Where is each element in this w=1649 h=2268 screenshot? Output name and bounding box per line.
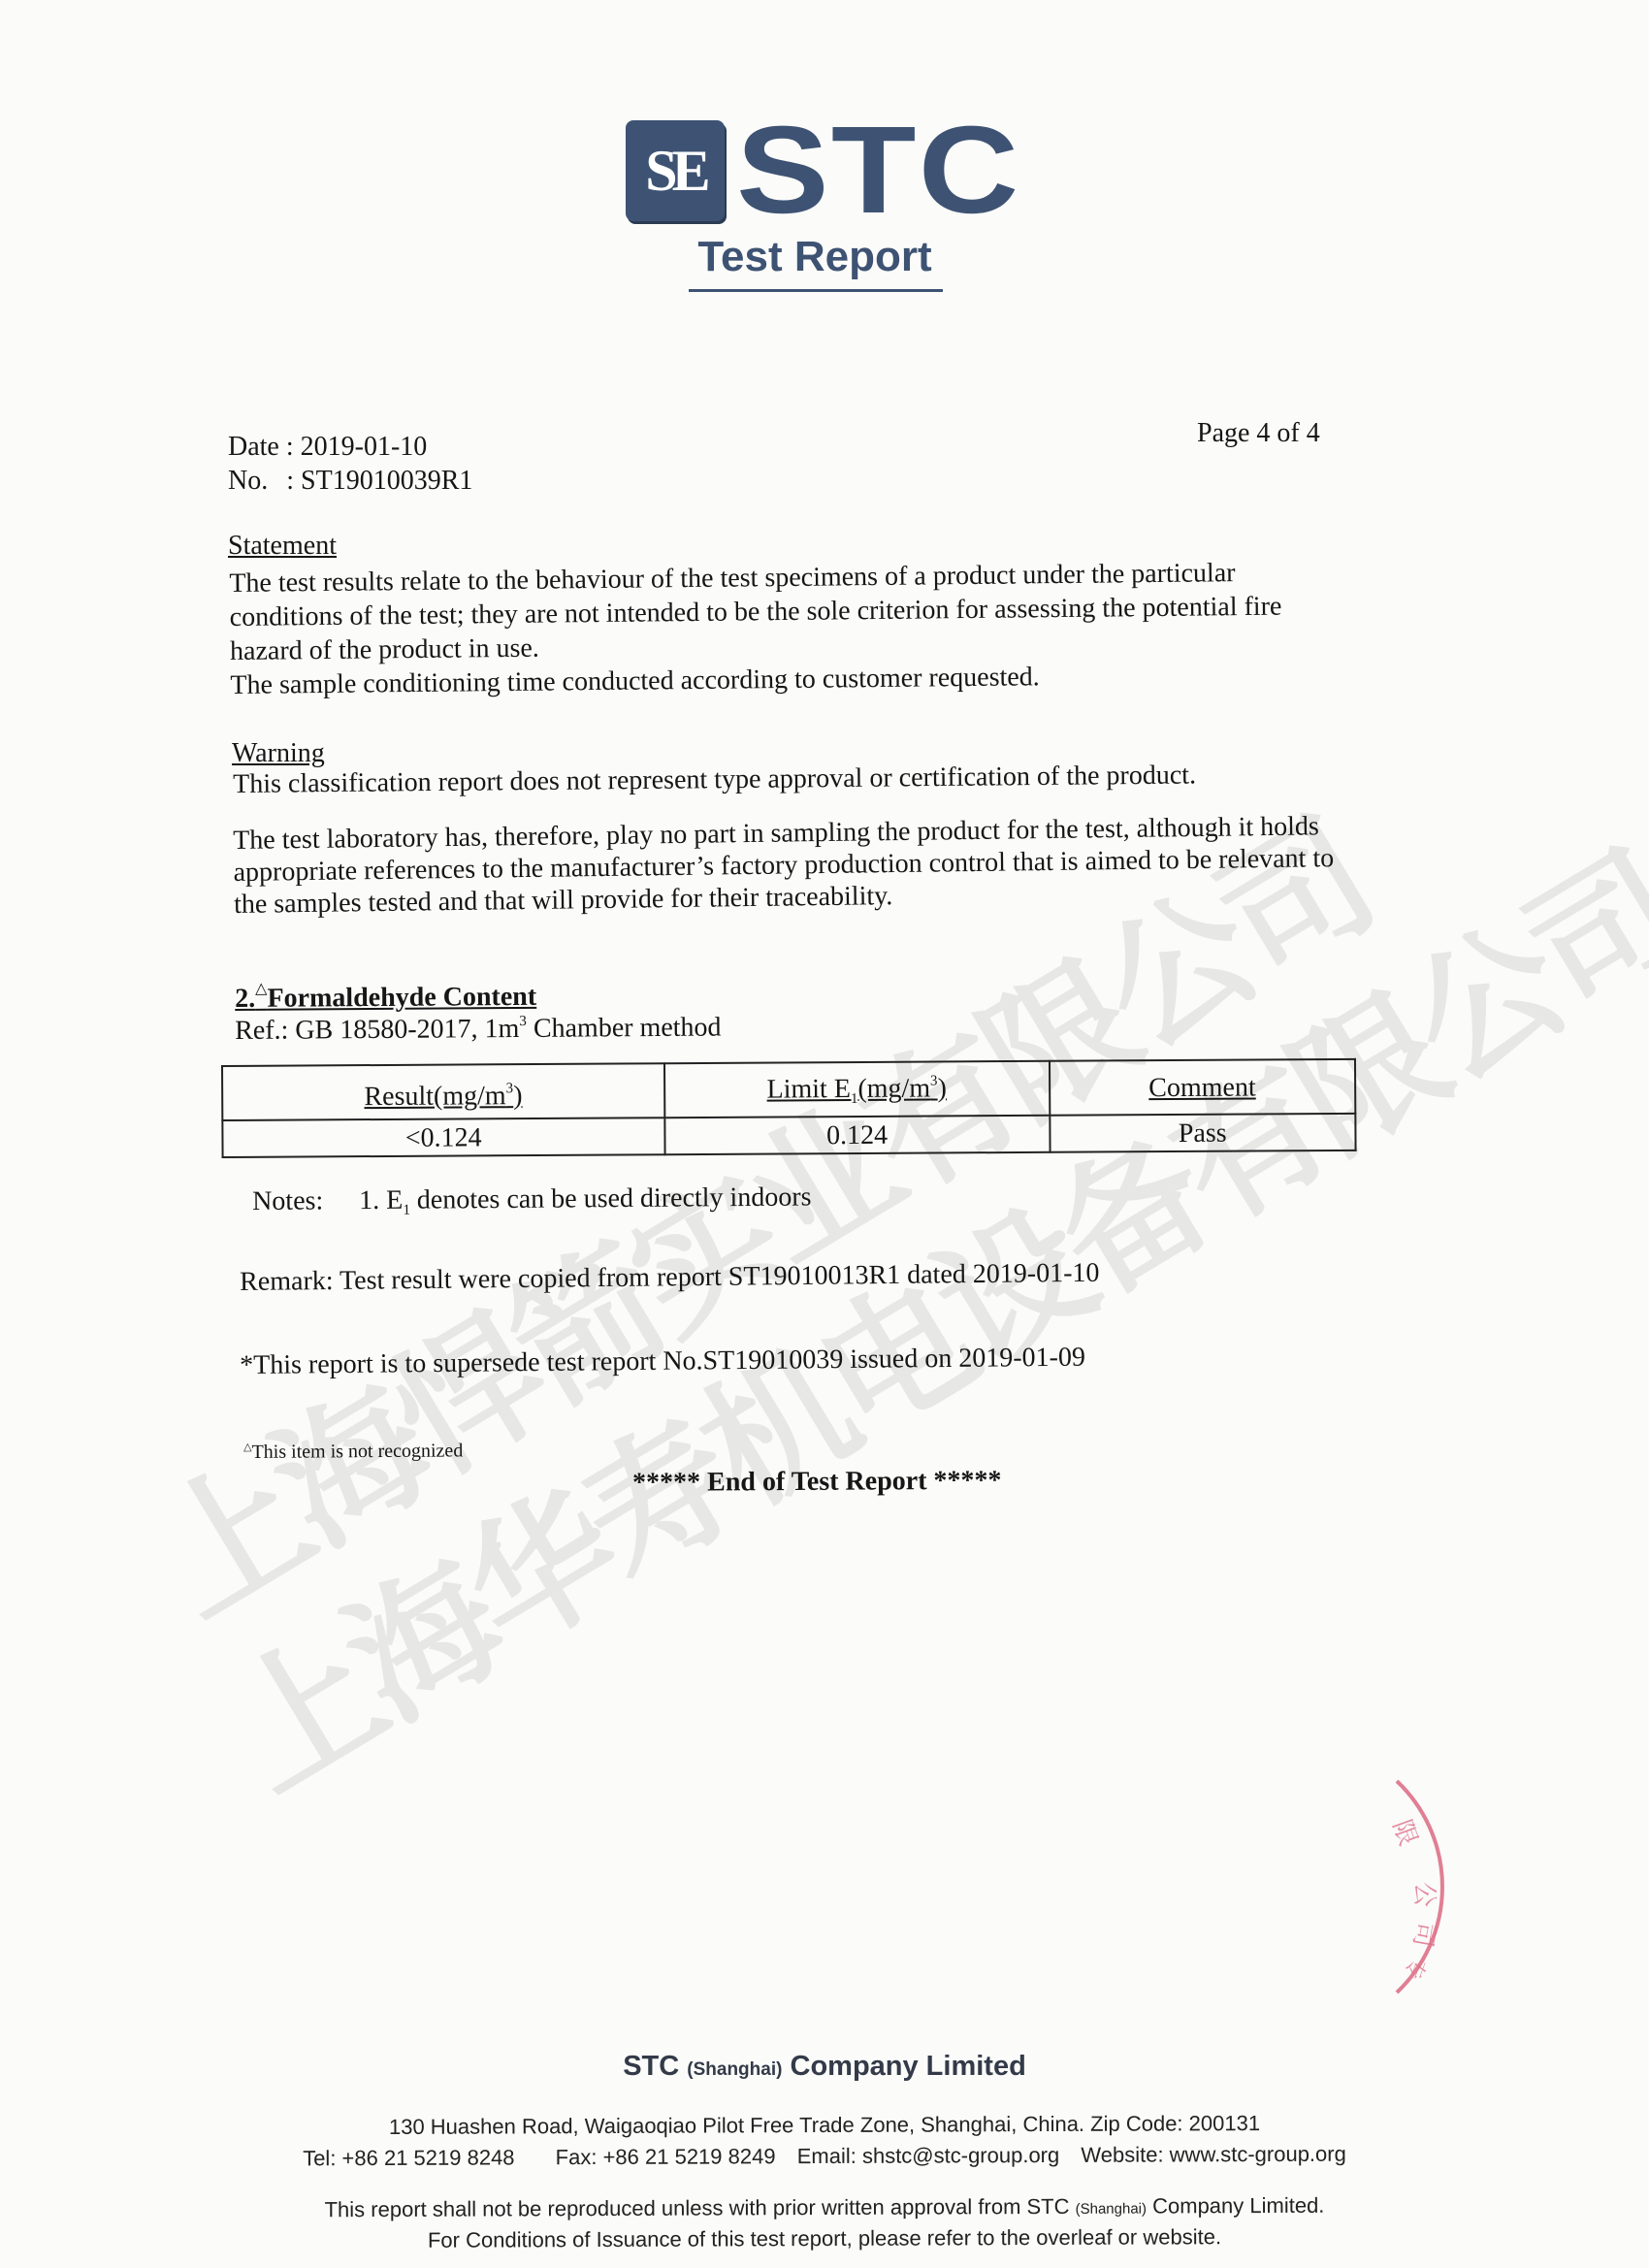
table-cell-comment: Pass bbox=[1050, 1114, 1356, 1152]
formaldehyde-results-table: Result(mg/m3) Limit E1(mg/m3) Comment <0… bbox=[221, 1058, 1357, 1158]
footer-address: 130 Huashen Road, Waigaoqiao Pilot Free … bbox=[0, 2109, 1649, 2141]
footer-contacts: Tel: +86 21 5219 8248 Fax: +86 21 5219 8… bbox=[0, 2140, 1649, 2172]
warning-line: This classification report does not repr… bbox=[233, 759, 1196, 801]
footnote-text: This item is not recognized bbox=[251, 1440, 463, 1463]
table-row: <0.124 0.124 Pass bbox=[222, 1114, 1355, 1157]
date-line: Date : 2019-01-10 bbox=[228, 431, 427, 464]
company-seal-stamp: 限 公 司 专 bbox=[1348, 1775, 1649, 1998]
page-indicator: Page 4 of 4 bbox=[1197, 417, 1320, 450]
document-title: Test Report bbox=[689, 233, 941, 281]
footer-disclaimer: This report shall not be reproduced unle… bbox=[0, 2191, 1649, 2223]
svg-text:限: 限 bbox=[1386, 1816, 1422, 1850]
report-number-label: No. bbox=[228, 466, 268, 496]
section-reference: Ref.: GB 18580-2017, 1m3 Chamber method bbox=[235, 1004, 722, 1048]
supersede-note: *This report is to supersede test report… bbox=[240, 1342, 1085, 1382]
report-number-value: : ST19010039R1 bbox=[286, 466, 472, 496]
footer-fax: Fax: +86 21 5219 8249 bbox=[556, 2144, 776, 2169]
footer-tel: Tel: +86 21 5219 8248 bbox=[303, 2145, 514, 2170]
notes: Notes: 1. E1 denotes can be used directl… bbox=[252, 1181, 812, 1228]
title-underline bbox=[689, 289, 943, 292]
table-cell-result: <0.124 bbox=[222, 1118, 664, 1157]
table-cell-limit: 0.124 bbox=[664, 1116, 1050, 1154]
footer-email[interactable]: Email: shstc@stc-group.org bbox=[797, 2143, 1060, 2168]
table-header-comment: Comment bbox=[1050, 1059, 1356, 1116]
seal-icon: 限 公 司 专 bbox=[1348, 1775, 1649, 1998]
notes-label: Notes: bbox=[252, 1185, 323, 1216]
date-value: 2019-01-10 bbox=[301, 432, 428, 462]
warning-paragraph: The test laboratory has, therefore, play… bbox=[233, 810, 1335, 921]
statement-body: The test results relate to the behaviour… bbox=[229, 540, 1282, 702]
report-number-line: No. : ST19010039R1 bbox=[228, 465, 472, 498]
not-recognized-triangle-icon: △ bbox=[255, 979, 267, 997]
stc-logo: SE STC bbox=[626, 120, 990, 221]
stc-logo-mark-icon: SE bbox=[626, 120, 725, 221]
logo-wordmark: STC bbox=[736, 120, 1020, 221]
remark: Remark: Test result were copied from rep… bbox=[240, 1257, 1100, 1299]
footer-conditions: For Conditions of Issuance of this test … bbox=[0, 2222, 1649, 2254]
footnote: △This item is not recognized bbox=[243, 1439, 463, 1464]
table-header-limit: Limit E1(mg/m3) bbox=[664, 1061, 1050, 1118]
svg-text:司: 司 bbox=[1407, 1920, 1440, 1950]
table-header-result: Result(mg/m3) bbox=[222, 1063, 664, 1120]
table-header-row: Result(mg/m3) Limit E1(mg/m3) Comment bbox=[222, 1059, 1355, 1120]
svg-text:公: 公 bbox=[1409, 1882, 1439, 1907]
end-of-report-marker: ***** End of Test Report ***** bbox=[632, 1465, 1002, 1500]
watermark-line-2: 上海华寿机电设备有限公司 bbox=[184, 797, 1649, 1829]
footer-website[interactable]: Website: www.stc-group.org bbox=[1081, 2142, 1346, 2167]
notes-item: 1. E1 denotes can be used directly indoo… bbox=[359, 1182, 811, 1215]
date-label: Date : bbox=[228, 432, 294, 462]
warning-heading: Warning bbox=[232, 737, 325, 770]
footer-company-name: STC (Shanghai) Company Limited bbox=[0, 2051, 1649, 2083]
